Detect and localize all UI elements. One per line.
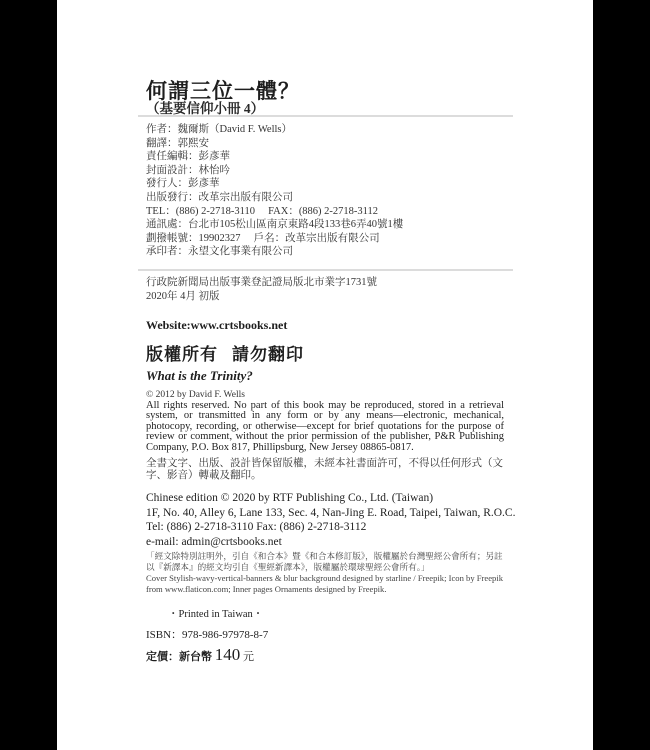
divider — [138, 115, 513, 117]
rights-part-1: 版權所有 — [146, 345, 218, 364]
credit-editor: 責任編輯：彭彥華 — [146, 150, 403, 164]
rights-reserved-heading: 版權所有請勿翻印 — [146, 340, 304, 365]
credit-address: 通訊處：台北市105松山區南京東路4段133巷6弄40號1樓 — [146, 218, 403, 232]
chinese-edition-email: e-mail: admin@crtsbooks.net — [146, 535, 515, 550]
design-credit-note: Cover Stylish-wavy-vertical-banners & bl… — [146, 573, 508, 595]
credit-cover-design: 封面設計：林怡吟 — [146, 164, 403, 178]
credit-account: 劃撥帳號：19902327 戶名：改革宗出版有限公司 — [146, 232, 403, 246]
chinese-edition-copyright: Chinese edition © 2020 by RTF Publishing… — [146, 491, 515, 506]
price-unit: 元 — [243, 651, 254, 663]
notes-block: 「經文除特別註明外，引自《和合本》暨《和合本修訂版》，版權屬於台灣聖經公會所有；… — [146, 551, 508, 595]
series-label: （基要信仰小冊 4） — [146, 97, 264, 117]
edition-date: 2020年 4月 初版 — [146, 290, 377, 304]
copyright-page: 何謂三位一體？ （基要信仰小冊 4） 作者：魏爾斯（David F. Wells… — [57, 0, 593, 750]
rights-part-2: 請勿翻印 — [232, 345, 304, 364]
price-label: 定價：新台幣 — [146, 651, 212, 663]
credit-printer: 承印者：永望文化事業有限公司 — [146, 245, 403, 259]
credit-phone-fax: TEL：(886) 2-2718-3110 FAX：(886) 2-2718-3… — [146, 205, 403, 219]
chinese-edition-address: 1F, No. 40, Alley 6, Lane 133, Sec. 4, N… — [146, 506, 515, 521]
rights-paragraph: All rights reserved. No part of this boo… — [146, 401, 504, 453]
price: 定價：新台幣 140 元 — [146, 645, 254, 665]
isbn: ISBN：978-986-97978-8-7 — [146, 626, 268, 642]
website-link: Website:www.crtsbooks.net — [146, 318, 287, 333]
copyright-line: © 2012 by David F. Wells — [146, 390, 245, 400]
chinese-edition-phone: Tel: (886) 2-2718-3110 Fax: (886) 2-2718… — [146, 520, 515, 535]
printed-in-taiwan: ・Printed in Taiwan・ — [168, 606, 263, 621]
chinese-edition-block: Chinese edition © 2020 by RTF Publishing… — [146, 491, 515, 549]
english-title: What is the Trinity? — [146, 368, 253, 384]
registration-block: 行政院新聞局出版事業登記證局版北市業字1731號 2020年 4月 初版 — [146, 276, 377, 303]
credit-author: 作者：魏爾斯（David F. Wells） — [146, 123, 403, 137]
chinese-rights-paragraph: 全書文字、出版、設計皆保留版權，未經本社書面許可，不得以任何形式（文字、影音）轉… — [146, 458, 504, 482]
registration-license: 行政院新聞局出版事業登記證局版北市業字1731號 — [146, 276, 377, 290]
scripture-note: 「經文除特別註明外，引自《和合本》暨《和合本修訂版》，版權屬於台灣聖經公會所有；… — [146, 551, 508, 573]
credit-distributor: 出版發行：改革宗出版有限公司 — [146, 191, 403, 205]
price-amount: 140 — [215, 645, 241, 664]
credits-block: 作者：魏爾斯（David F. Wells） 翻譯：郭熙安 責任編輯：彭彥華 封… — [146, 123, 403, 259]
credit-translator: 翻譯：郭熙安 — [146, 137, 403, 151]
divider — [138, 269, 513, 271]
credit-publisher: 發行人：彭彥華 — [146, 177, 403, 191]
